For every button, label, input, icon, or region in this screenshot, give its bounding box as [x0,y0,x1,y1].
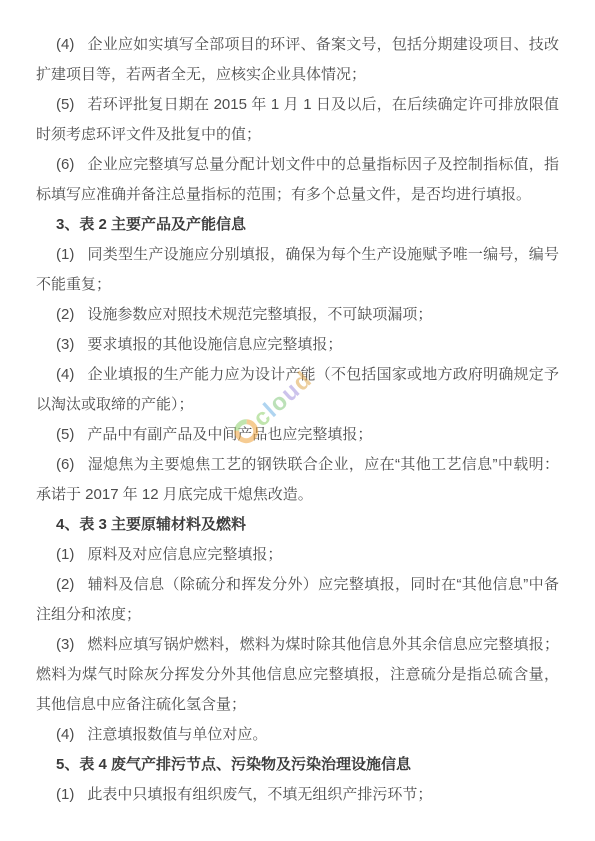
section-heading: 4、表 3 主要原辅材料及燃料 [36,510,559,540]
paragraph-item: (5)产品中有副产品及中间产品也应完整填报； [36,420,559,450]
item-text: 要求填报的其他设施信息应完整填报； [87,336,342,353]
item-text: 燃料应填写锅炉燃料，燃料为煤时除其他信息外其余信息应完整填报；燃料为煤气时除灰分… [36,636,559,713]
item-number: (2) [56,570,74,600]
item-text: 原料及对应信息应完整填报； [87,546,282,563]
item-text: 湿熄焦为主要熄焦工艺的钢铁联合企业，应在“其他工艺信息”中载明：承诺于 2017… [36,456,559,503]
item-number: (5) [56,420,74,450]
paragraph-item: (3)要求填报的其他设施信息应完整填报； [36,330,559,360]
paragraph-item: (5)若环评批复日期在 2015 年 1 月 1 日及以后，在后续确定许可排放限… [36,90,559,150]
item-text: 注意填报数值与单位对应。 [87,726,267,743]
paragraph-item: (1)原料及对应信息应完整填报； [36,540,559,570]
paragraph-item: (1)同类型生产设施应分别填报，确保为每个生产设施赋予唯一编号，编号不能重复； [36,240,559,300]
item-number: (6) [56,150,74,180]
item-number: (4) [56,30,74,60]
item-text: 同类型生产设施应分别填报，确保为每个生产设施赋予唯一编号，编号不能重复； [36,246,559,293]
paragraph-item: (6)企业应完整填写总量分配计划文件中的总量指标因子及控制指标值，指标填写应准确… [36,150,559,210]
document-body: (4)企业应如实填写全部项目的环评、备案文号，包括分期建设项目、技改扩建项目等，… [36,30,559,810]
item-text: 此表中只填报有组织废气，不填无组织产排污环节； [87,786,432,803]
paragraph-item: (2)设施参数应对照技术规范完整填报，不可缺项漏项； [36,300,559,330]
item-text: 企业应如实填写全部项目的环评、备案文号，包括分期建设项目、技改扩建项目等，若两者… [36,36,559,83]
item-number: (4) [56,720,74,750]
paragraph-item: (3)燃料应填写锅炉燃料，燃料为煤时除其他信息外其余信息应完整填报；燃料为煤气时… [36,630,559,720]
item-text: 产品中有副产品及中间产品也应完整填报； [87,426,372,443]
item-number: (1) [56,780,74,810]
item-number: (3) [56,630,74,660]
item-number: (1) [56,240,74,270]
document-page: (4)企业应如实填写全部项目的环评、备案文号，包括分期建设项目、技改扩建项目等，… [0,0,595,841]
paragraph-item: (4)企业填报的生产能力应为设计产能（不包括国家或地方政府明确规定予以淘汰或取缔… [36,360,559,420]
item-text: 设施参数应对照技术规范完整填报，不可缺项漏项； [87,306,432,323]
paragraph-item: (2)辅料及信息（除硫分和挥发分外）应完整填报，同时在“其他信息”中备注组分和浓… [36,570,559,630]
paragraph-item: (4)注意填报数值与单位对应。 [36,720,559,750]
paragraph-item: (6)湿熄焦为主要熄焦工艺的钢铁联合企业，应在“其他工艺信息”中载明：承诺于 2… [36,450,559,510]
item-text: 若环评批复日期在 2015 年 1 月 1 日及以后，在后续确定许可排放限值时须… [36,96,559,143]
item-number: (2) [56,300,74,330]
section-heading: 5、表 4 废气产排污节点、污染物及污染治理设施信息 [36,750,559,780]
item-number: (5) [56,90,74,120]
section-heading: 3、表 2 主要产品及产能信息 [36,210,559,240]
paragraph-item: (4)企业应如实填写全部项目的环评、备案文号，包括分期建设项目、技改扩建项目等，… [36,30,559,90]
item-number: (6) [56,450,74,480]
paragraph-item: (1)此表中只填报有组织废气，不填无组织产排污环节； [36,780,559,810]
item-text: 辅料及信息（除硫分和挥发分外）应完整填报，同时在“其他信息”中备注组分和浓度； [36,576,559,623]
item-text: 企业应完整填写总量分配计划文件中的总量指标因子及控制指标值，指标填写应准确并备注… [36,156,559,203]
item-text: 企业填报的生产能力应为设计产能（不包括国家或地方政府明确规定予以淘汰或取缔的产能… [36,366,559,413]
item-number: (1) [56,540,74,570]
item-number: (4) [56,360,74,390]
item-number: (3) [56,330,74,360]
